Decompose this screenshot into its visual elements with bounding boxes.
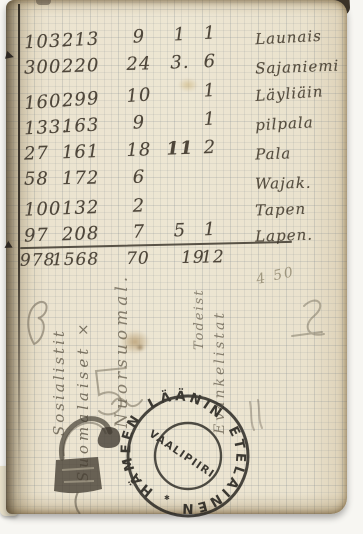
rubber-stamp: HÄMEEN LÄÄNIN ETELÄINEN VAALIPIIRI ✱ <box>118 386 258 526</box>
cell-col5: 1 <box>192 218 229 240</box>
cell-col1: 58 <box>24 168 49 189</box>
top-smudge <box>36 0 51 5</box>
cell-col2: 220 <box>62 55 100 77</box>
cell-col5: 1 <box>191 108 228 131</box>
cell-col5: 2 <box>192 136 229 158</box>
cell-col1: 27 <box>24 143 50 165</box>
paper-stain <box>178 78 198 92</box>
total-col5: 12 <box>198 247 228 268</box>
total-col1: 978 <box>20 250 56 271</box>
cell-col3: 2 <box>119 195 160 217</box>
cell-col5 <box>192 165 228 166</box>
cell-col3: 10 <box>118 84 159 108</box>
cell-col2: 213 <box>61 28 99 51</box>
padlock-blob <box>98 427 121 448</box>
cell-col2: 208 <box>62 223 100 245</box>
vertical-label-suomalaiset: Suomalaiset × <box>74 319 92 482</box>
cell-col3: 7 <box>119 221 160 243</box>
total-col2: 1568 <box>52 249 100 270</box>
padlock-tail <box>75 492 80 514</box>
cell-name: Läyliäin <box>255 82 324 105</box>
total-col3: 70 <box>118 248 158 269</box>
cell-col5 <box>192 192 228 193</box>
vertical-label-sosialistit: Sosialistit <box>50 328 68 436</box>
stamp-star-icon: ✱ <box>164 494 170 502</box>
ink-spot <box>136 344 144 351</box>
cell-name: pilpala <box>255 113 314 134</box>
cell-col5: 1 <box>191 22 228 45</box>
cell-col2: 161 <box>62 141 100 163</box>
cell-col5: 6 <box>192 50 229 72</box>
cell-col3: 9 <box>118 111 159 134</box>
cell-name: Pala <box>255 144 292 163</box>
scanned-notebook-photo: 103. 213 9 1 1 Launais 300 220 24 3. 6 S… <box>0 0 363 534</box>
cell-col3: 6 <box>119 166 159 188</box>
cell-col1: 300 <box>24 56 62 78</box>
stamp-inner-text: VAALIPIIRI <box>147 428 217 481</box>
cell-col4 <box>162 194 198 195</box>
cell-name: Launais <box>255 27 323 48</box>
cell-col1: 97 <box>24 225 50 247</box>
ink-stain <box>120 330 150 354</box>
vertical-label-todeist: Todeist <box>192 288 207 350</box>
cell-col4 <box>162 166 198 167</box>
cell-col2: 163 <box>61 114 99 137</box>
cell-col3: 9 <box>118 25 159 48</box>
cell-col3: 18 <box>119 139 160 161</box>
cell-col2: 132 <box>62 197 100 219</box>
cell-col3: 24 <box>119 53 160 75</box>
cell-col2: 172 <box>62 167 100 189</box>
cell-col2: 299 <box>61 88 100 112</box>
pound-flourish-doodle <box>292 301 324 336</box>
cell-col1: 100 <box>24 198 62 220</box>
notebook-page: 103. 213 9 1 1 Launais 300 220 24 3. 6 S… <box>6 0 347 514</box>
